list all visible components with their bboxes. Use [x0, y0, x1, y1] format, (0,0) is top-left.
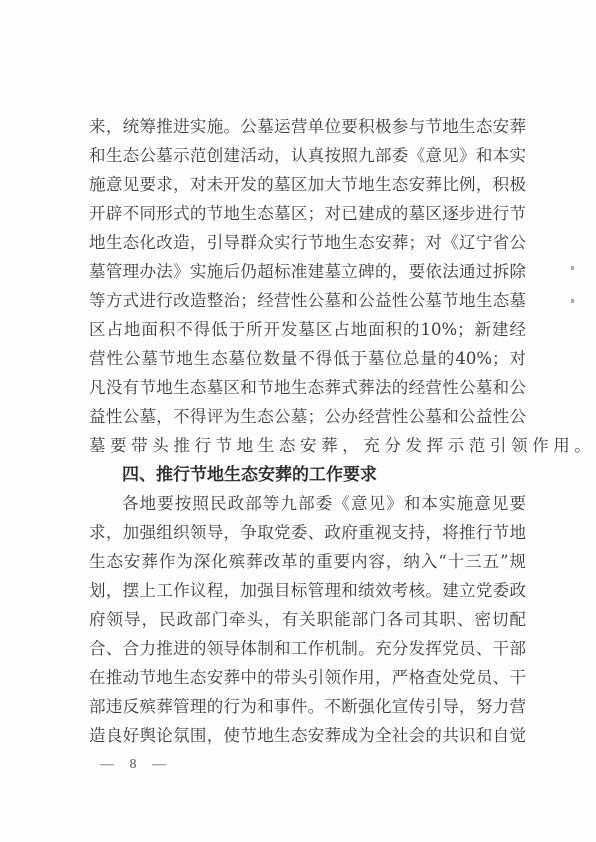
paragraph-line: 部违反殡葬管理的行为和事件。不断强化宣传引导，努力营: [89, 696, 526, 718]
paragraph-line: 各地要按照民政部等九部委《意见》和本实施意见要: [122, 493, 526, 515]
scan-mark: [571, 266, 574, 270]
paragraph-line: 区占地面积不得低于所开发墓区占地面积的10%；新建经: [89, 319, 526, 341]
paragraph-line: 等方式进行改造整治；经营性公墓和公益性公墓节地生态墓: [89, 290, 526, 312]
paragraph-line: 在推动节地生态安葬中的带头引领作用，严格查处党员、干: [89, 667, 526, 689]
paragraph-line: 生态安葬作为深化殡葬改革的重要内容，纳入“十三五”规: [89, 551, 526, 573]
document-page: 来，统筹推进实施。公墓运营单位要积极参与节地生态安葬 和生态公墓示范创建活动，认…: [0, 0, 596, 842]
section-heading: 四、推行节地生态安葬的工作要求: [122, 464, 377, 486]
paragraph-line: 益性公墓，不得评为生态公墓；公办经营性公墓和公益性公: [89, 406, 526, 428]
paragraph-line: 和生态公墓示范创建活动，认真按照九部委《意见》和本实: [89, 145, 526, 167]
paragraph-line: 地生态化改造，引导群众实行节地生态安葬；对《辽宁省公: [89, 232, 526, 254]
paragraph-line: 求，加强组织领导，争取党委、政府重视支持，将推行节地: [89, 522, 526, 544]
paragraph-line: 墓管理办法》实施后仍超标准建墓立碑的，要依法通过拆除: [89, 261, 526, 283]
paragraph-line: 合、合力推进的领导体制和工作机制。充分发挥党员、干部: [89, 638, 526, 660]
scan-mark: [571, 299, 574, 303]
paragraph-line: 划，摆上工作议程，加强目标管理和绩效考核。建立党委政: [89, 580, 526, 602]
paragraph-line: 开辟不同形式的节地生态墓区；对已建成的墓区逐步进行节: [89, 203, 526, 225]
paragraph-line: 来，统筹推进实施。公墓运营单位要积极参与节地生态安葬: [89, 116, 526, 138]
page-number: — 8 —: [100, 757, 172, 773]
paragraph-line: 墓要带头推行节地生态安葬，充分发挥示范引领作用。: [89, 435, 526, 457]
paragraph-line: 凡没有节地生态墓区和节地生态葬式葬法的经营性公墓和公: [89, 377, 526, 399]
paragraph-line: 营性公墓节地生态墓位数量不得低于墓位总量的40%；对: [89, 348, 526, 370]
paragraph-line: 施意见要求，对未开发的墓区加大节地生态安葬比例，积极: [89, 174, 526, 196]
paragraph-line: 造良好舆论氛围，使节地生态安葬成为全社会的共识和自觉: [89, 725, 526, 747]
paragraph-line: 府领导，民政部门牵头，有关职能部门各司其职、密切配: [89, 609, 526, 631]
